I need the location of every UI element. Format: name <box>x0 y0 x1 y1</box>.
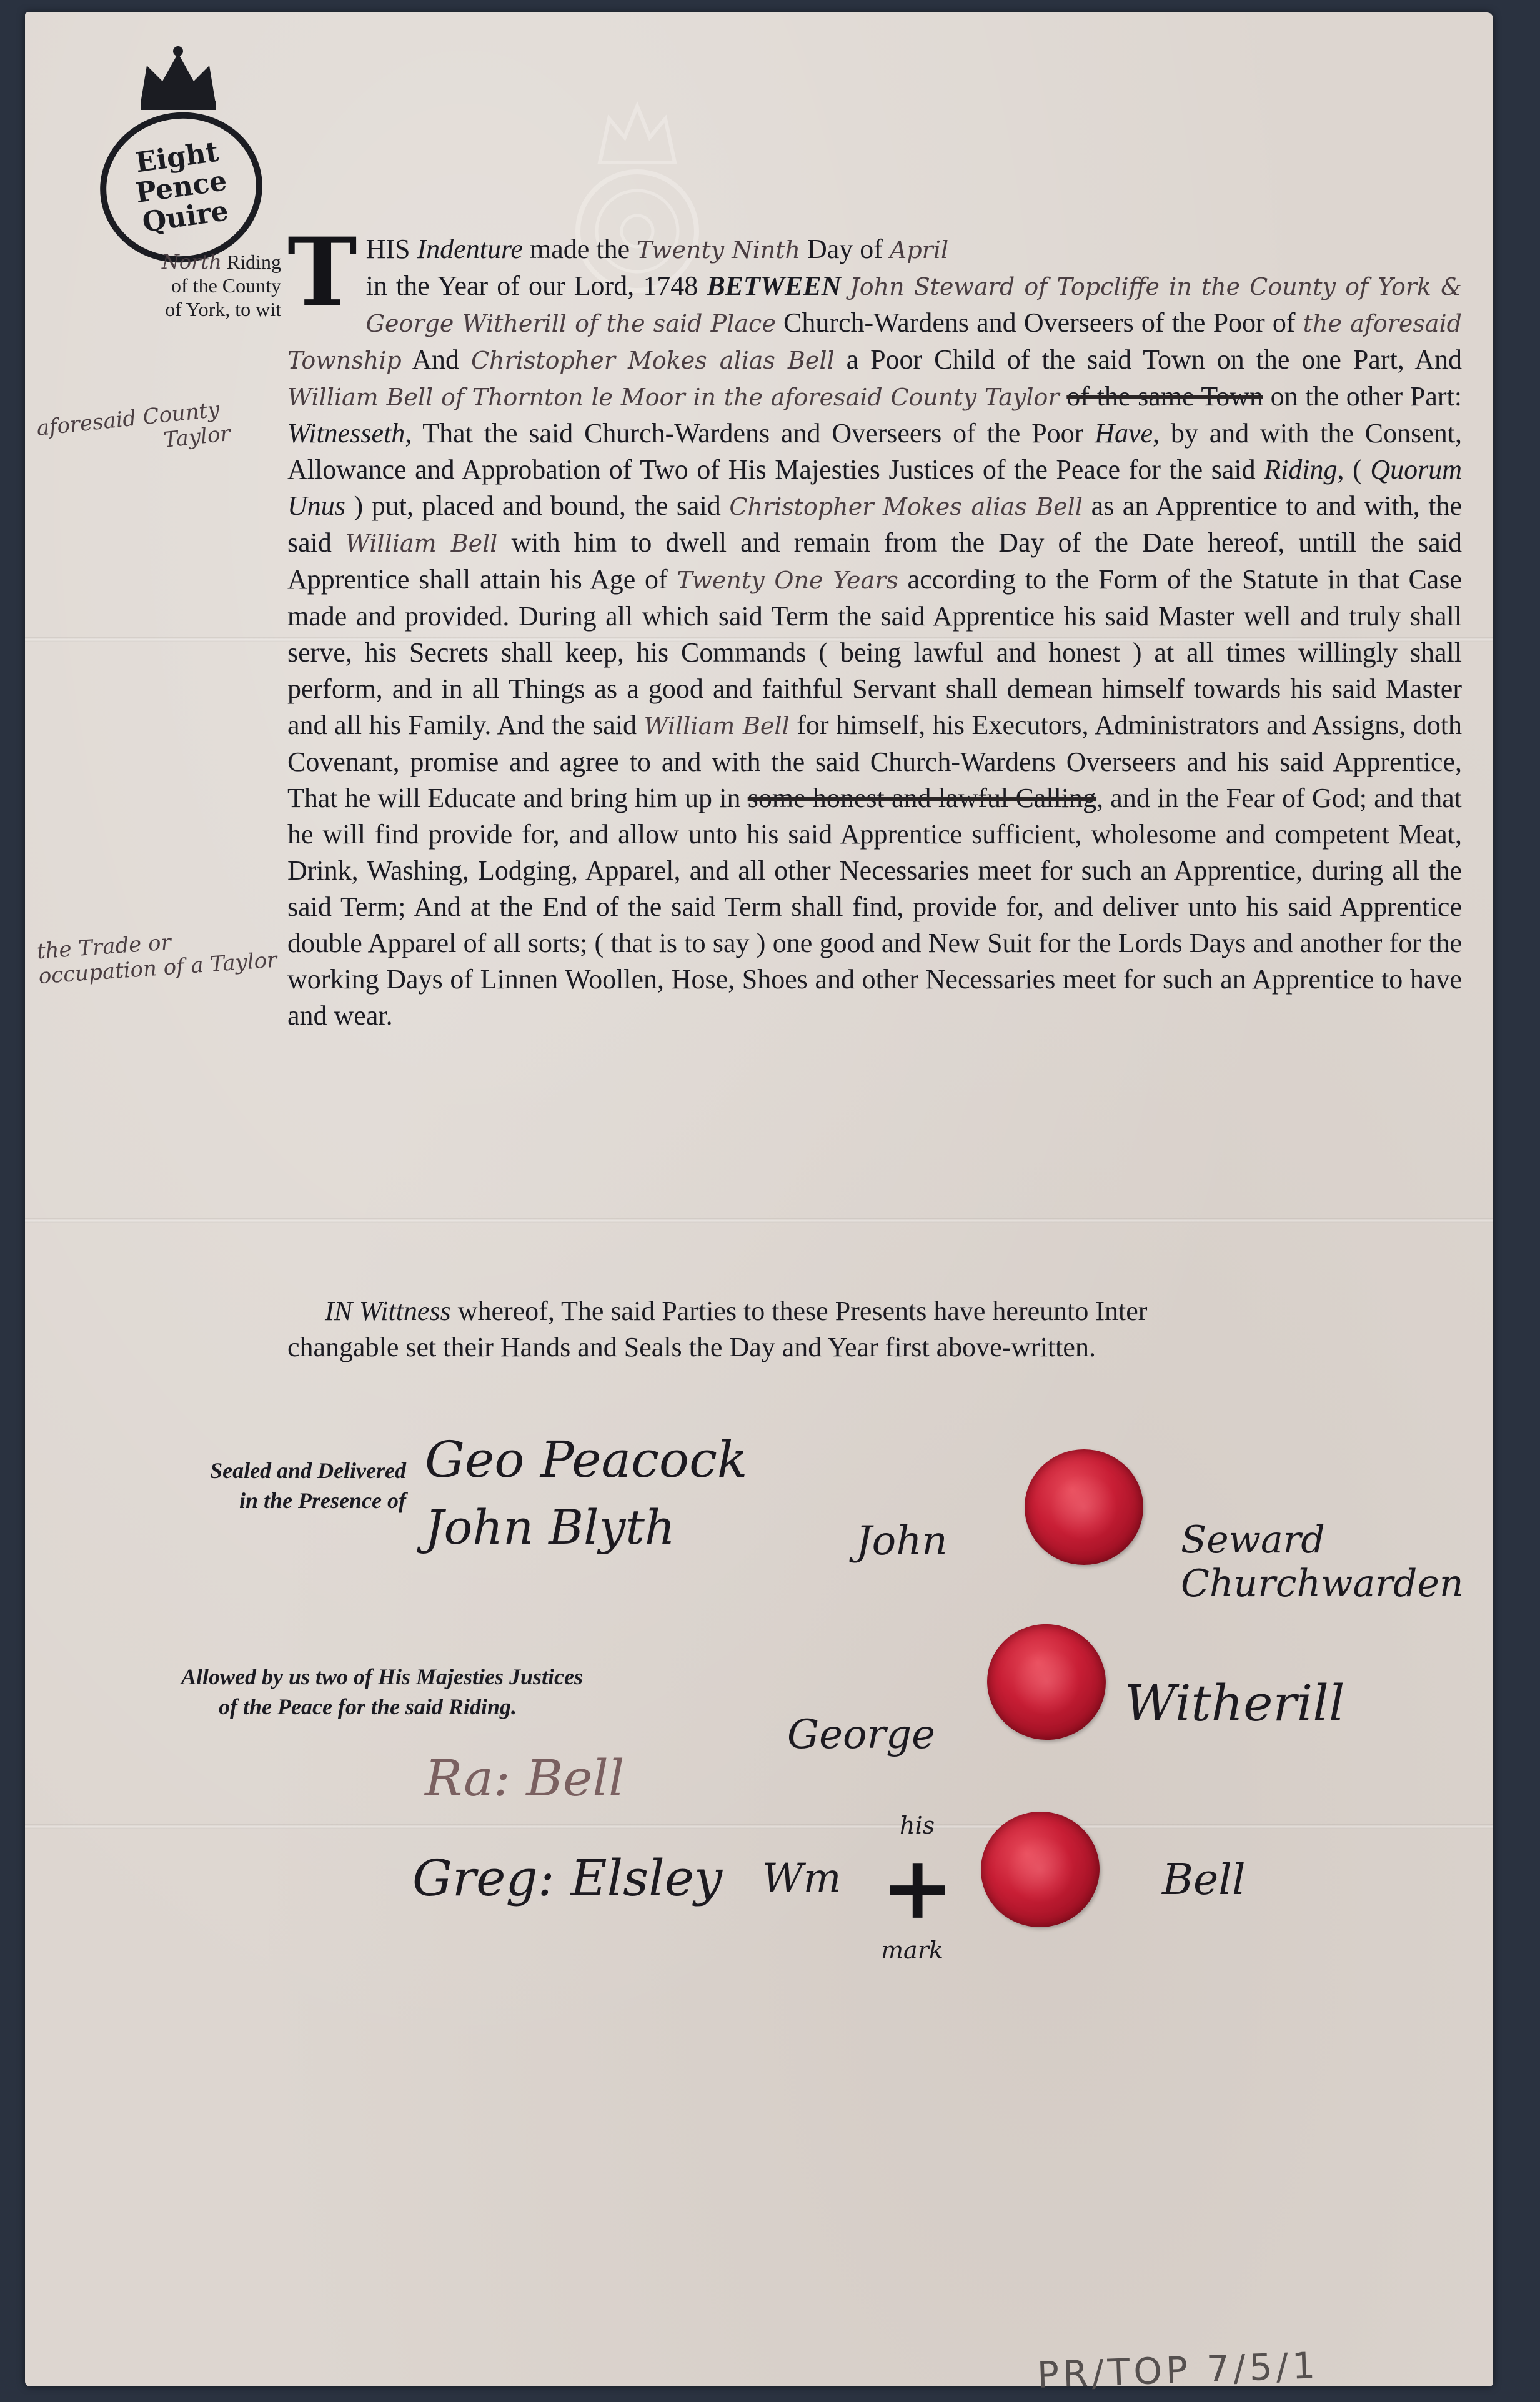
eight-pence-quire-stamp: Eight Pence Quire <box>94 44 262 250</box>
mark-his-label: his <box>900 1812 935 1839</box>
indenture-body: T HIS Indenture made the Twenty Ninth Da… <box>287 231 1462 1034</box>
apprentice-fill: Christopher Mokes alias Bell <box>471 347 835 374</box>
wax-seal <box>978 1615 1115 1749</box>
fold-crease <box>25 1824 1493 1829</box>
signature-party-3-last: Bell <box>1162 1855 1246 1905</box>
fold-crease <box>25 1218 1493 1223</box>
signature-justice-1: Ra: Bell <box>425 1749 624 1807</box>
stamp-circle: Eight Pence Quire <box>91 102 272 273</box>
struck-text: some honest and lawful Calling <box>748 783 1096 813</box>
master-fill: William Bell of Thornton le Moor in the … <box>287 384 1060 411</box>
county-line-1: Riding <box>227 251 281 273</box>
archive-reference: PR/TOP 7/5/1 <box>1036 2344 1319 2396</box>
mark-label: mark <box>881 1937 943 1964</box>
signature-witness-1: Geo Peacock <box>425 1431 747 1489</box>
sealed-delivered-label: Sealed and Delivered in the Presence of <box>100 1456 406 1516</box>
crown-icon <box>131 44 225 112</box>
county-line-3: of York, to wit <box>94 297 281 321</box>
wax-seal <box>1025 1449 1143 1565</box>
day-fill: Twenty Ninth <box>637 236 800 264</box>
margin-note-county: aforesaid County Taylor <box>36 396 232 466</box>
month-fill: April <box>890 236 948 264</box>
county-handwritten: North <box>162 250 222 274</box>
signature-party-3-first: Wm <box>762 1855 841 1902</box>
signature-mark-cross: + <box>881 1837 954 1939</box>
margin-note-trade: the Trade or occupation of a Taylor <box>36 923 278 989</box>
county-heading: North Riding of the County of York, to w… <box>94 250 281 321</box>
struck-text: of the same Town <box>1066 381 1263 412</box>
signature-party-1-first: John <box>856 1518 948 1564</box>
dropcap: T <box>287 235 357 310</box>
age-fill: Twenty One Years <box>677 567 898 594</box>
signature-party-2-first: George <box>787 1712 935 1758</box>
signature-justice-2: Greg: Elsley <box>412 1849 722 1907</box>
signature-witness-2: John Blyth <box>425 1499 675 1555</box>
county-line-2: of the County <box>94 274 281 297</box>
witness-clause: IN Wittness whereof, The said Parties to… <box>287 1293 1462 1366</box>
justices-allowance-label: Allowed by us two of His Majesties Justi… <box>181 1662 775 1722</box>
signature-party-1-last: Seward Churchwarden <box>1181 1518 1493 1605</box>
document-sheet: Eight Pence Quire North Riding of the Co… <box>25 12 1493 2386</box>
signature-party-2-last: Witherill <box>1125 1674 1344 1732</box>
